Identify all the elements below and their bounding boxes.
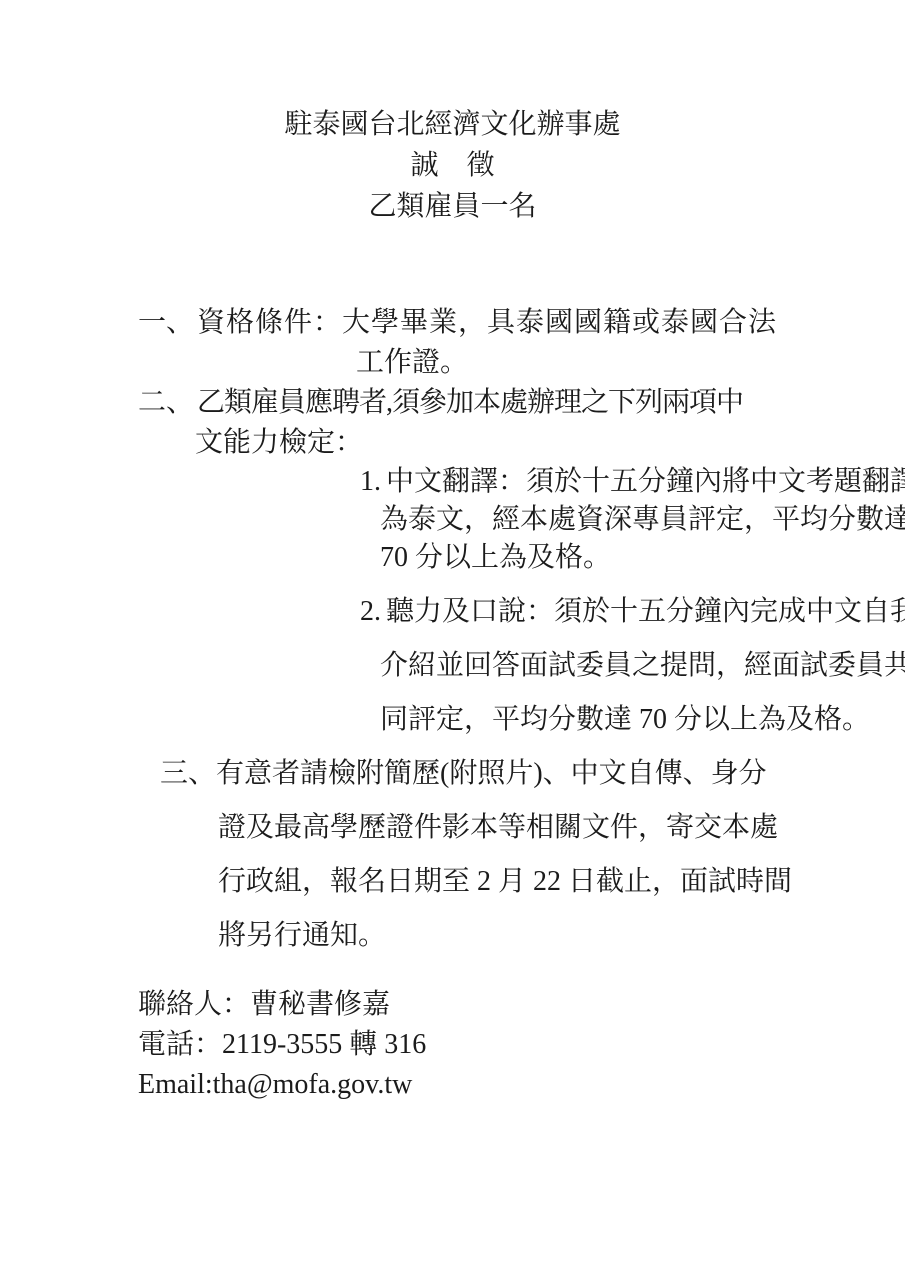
subitem-1-line-1: 1. 中文翻譯：須於十五分鐘內將中文考題翻譯 — [360, 463, 905, 501]
section-1-line-2: 工作證。 — [356, 343, 905, 383]
subitem-2-line-3: 同評定，平均分數達 70 分以上為及格。 — [380, 693, 905, 747]
position-heading: 乙類雇員一名 — [0, 186, 905, 227]
recruiting-heading: 誠 徵 — [0, 145, 905, 186]
section-3-line-3: 行政組，報名日期至 2 月 22 日截止，面試時間 — [218, 855, 905, 909]
section-application-instructions: 三、 有意者請檢附簡歷(附照片)、中文自傳、身分 證及最高學歷證件影本等相關文件… — [160, 747, 905, 963]
subitem-1-text: 中文翻譯：須於十五分鐘內將中文考題翻譯 — [386, 463, 905, 501]
document-page: 駐泰國台北經濟文化辦事處 誠 徵 乙類雇員一名 一、 資格條件：大學畢業，具泰國… — [0, 0, 905, 1280]
section-qualifications: 一、 資格條件：大學畢業，具泰國國籍或泰國合法 工作證。 — [138, 303, 905, 383]
section-3-text: 有意者請檢附簡歷(附照片)、中文自傳、身分 — [216, 747, 767, 801]
contact-person: 聯絡人：曹秘書修嘉 — [138, 985, 905, 1025]
subitem-2-line-1: 2. 聽力及口說：須於十五分鐘內完成中文自我 — [360, 585, 905, 639]
section-3-marker: 三、 — [160, 747, 216, 801]
subitem-1-line-2: 為泰文，經本處資深專員評定，平均分數達 — [380, 501, 905, 539]
subitem-1-line-3: 70 分以上為及格。 — [380, 539, 905, 577]
section-1-marker: 一、 — [138, 303, 197, 343]
subitem-translation-test: 1. 中文翻譯：須於十五分鐘內將中文考題翻譯 為泰文，經本處資深專員評定，平均分… — [360, 463, 905, 577]
section-1-line-1: 一、 資格條件：大學畢業，具泰國國籍或泰國合法 — [138, 303, 905, 343]
section-2-line-1: 二、 乙類雇員應聘者,須參加本處辦理之下列兩項中 — [138, 383, 905, 423]
subitem-2-marker: 2. — [360, 585, 386, 639]
section-3-line-2: 證及最高學歷證件影本等相關文件，寄交本處 — [218, 801, 905, 855]
contact-email: Email:tha@mofa.gov.tw — [138, 1065, 905, 1105]
section-2-line-2: 文能力檢定： — [195, 423, 905, 463]
org-title: 駐泰國台北經濟文化辦事處 — [0, 104, 905, 145]
subitem-listening-speaking-test: 2. 聽力及口說：須於十五分鐘內完成中文自我 介紹並回答面試委員之提問，經面試委… — [360, 585, 905, 747]
contact-phone: 電話：2119-3555 轉 316 — [138, 1025, 905, 1065]
document-header: 駐泰國台北經濟文化辦事處 誠 徵 乙類雇員一名 — [0, 0, 905, 227]
section-1-text: 資格條件：大學畢業，具泰國國籍或泰國合法 — [197, 303, 777, 343]
section-2-text: 乙類雇員應聘者,須參加本處辦理之下列兩項中 — [197, 383, 743, 423]
section-2-marker: 二、 — [138, 383, 197, 423]
contact-block: 聯絡人：曹秘書修嘉 電話：2119-3555 轉 316 Email:tha@m… — [138, 985, 905, 1105]
section-language-tests: 二、 乙類雇員應聘者,須參加本處辦理之下列兩項中 文能力檢定： 1. 中文翻譯：… — [138, 383, 905, 747]
section-3-line-4: 將另行通知。 — [218, 909, 905, 963]
subitem-1-marker: 1. — [360, 463, 386, 501]
subitem-2-line-2: 介紹並回答面試委員之提問，經面試委員共 — [380, 639, 905, 693]
subitem-2-text: 聽力及口說：須於十五分鐘內完成中文自我 — [386, 585, 905, 639]
section-3-line-1: 三、 有意者請檢附簡歷(附照片)、中文自傳、身分 — [160, 747, 905, 801]
document-body: 一、 資格條件：大學畢業，具泰國國籍或泰國合法 工作證。 二、 乙類雇員應聘者,… — [0, 303, 905, 963]
